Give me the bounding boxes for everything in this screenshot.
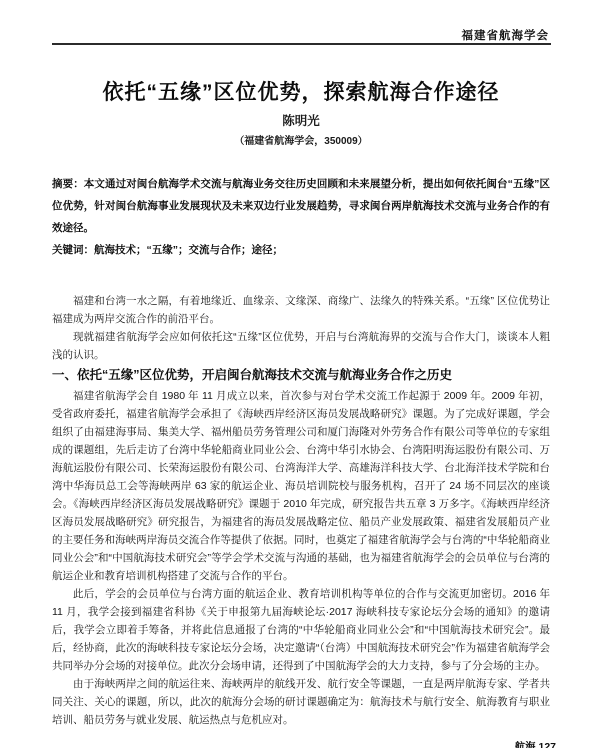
introduction: 福建和台湾一水之隔，有着地缘近、血缘亲、文缘深、商缘广、法缘久的特殊关系。“五缘… — [52, 292, 550, 364]
author-affiliation: （福建省航海学会，350009） — [52, 135, 550, 148]
abstract-text: 本文通过对闽台航海学术交流与航海业务交往历史回顾和未来展望分析，提出如何依托闽台… — [52, 178, 550, 234]
keywords-block: 关键词：航海技术；“五缘”；交流与合作；途径； — [52, 239, 550, 261]
intro-paragraph: 福建和台湾一水之隔，有着地缘近、血缘亲、文缘深、商缘广、法缘久的特殊关系。“五缘… — [52, 292, 550, 328]
section-1-paragraph: 由于海峡两岸之间的航运往来、海峡两岸的航线开发、航行安全等课题，一直是两岸航海专… — [52, 675, 550, 729]
section-1-heading: 一、依托“五缘”区位优势，开启闽台航海技术交流与航海业务合作之历史 — [52, 365, 550, 385]
document-page: 福建省航海学会 依托“五缘”区位优势，探索航海合作途径 陈明光 （福建省航海学会… — [0, 0, 600, 748]
abstract-label: 摘要： — [52, 178, 84, 190]
section-1-paragraph: 福建省航海学会自 1980 年 11 月成立以来，首次参与对台学术交流工作起源于… — [52, 387, 550, 585]
page-footer-partial: 航海 127 — [515, 741, 556, 748]
keywords-text: 航海技术；“五缘”；交流与合作；途径； — [94, 244, 283, 256]
page-content: 依托“五缘”区位优势，探索航海合作途径 陈明光 （福建省航海学会，350009）… — [52, 0, 550, 729]
abstract-block: 摘要：本文通过对闽台航海学术交流与航海业务交往历史回顾和未来展望分析，提出如何依… — [52, 173, 550, 239]
author-name: 陈明光 — [52, 113, 550, 129]
page-title: 依托“五缘”区位优势，探索航海合作途径 — [52, 80, 550, 106]
section-1-paragraph: 此后，学会的会员单位与台湾方面的航运企业、教育培训机构等单位的合作与交流更加密切… — [52, 585, 550, 675]
keywords-label: 关键词： — [52, 244, 94, 256]
intro-paragraph: 现就福建省航海学会应如何依托这“五缘”区位优势，开启与台湾航海界的交流与合作大门… — [52, 328, 550, 364]
